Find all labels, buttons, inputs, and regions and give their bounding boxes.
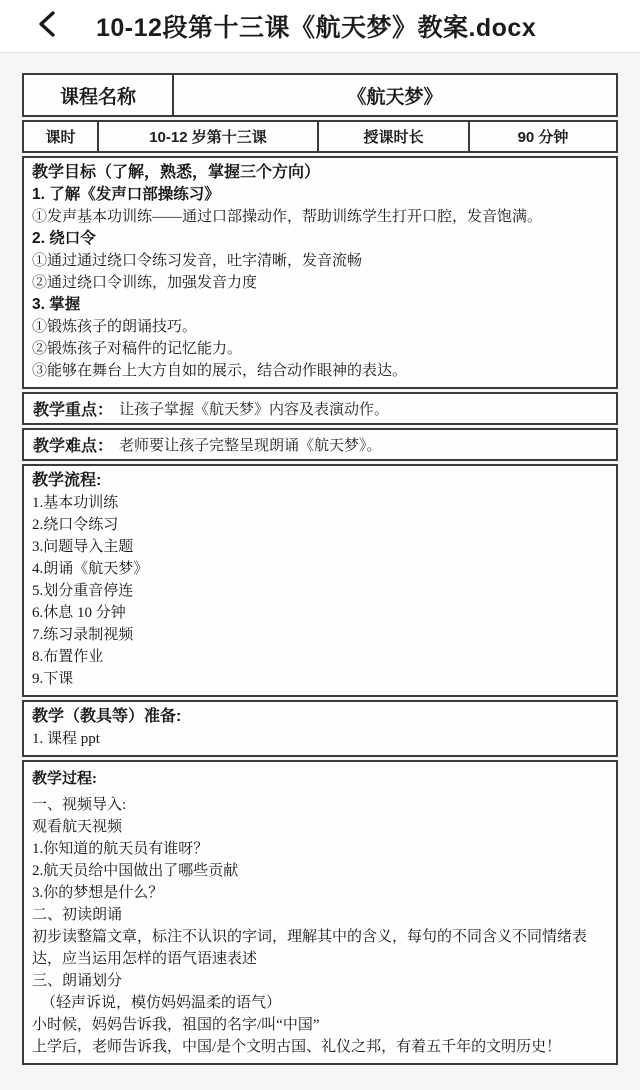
process-heading: 教学流程: [32, 470, 608, 492]
objectives-line: ①通过通过绕口令练习发音，吐字清晰，发音流畅 [32, 250, 608, 272]
objectives-line: ①锻炼孩子的朗诵技巧。 [32, 316, 608, 338]
top-app-bar: 10-12段第十三课《航天梦》教案.docx [0, 0, 640, 53]
objectives-section: 教学目标（了解，熟悉，掌握三个方向） 1. 了解《发声口部操练习》 ①发声基本功… [22, 156, 618, 389]
procedure-line: 二、初读朗诵 [32, 904, 608, 926]
course-name-label: 课程名称 [24, 75, 174, 115]
process-step: 2.绕口令练习 [32, 514, 608, 536]
process-step: 4.朗诵《航天梦》 [32, 558, 608, 580]
course-name-row: 课程名称 《航天梦》 [22, 73, 618, 117]
course-name-value: 《航天梦》 [174, 75, 616, 115]
procedure-line: 初步读整篇文章，标注不认识的字词，理解其中的含义，每句的不同含义不同情绪表达，应… [32, 926, 608, 970]
process-step: 3.问题导入主题 [32, 536, 608, 558]
session-value: 10-12 岁第十三课 [99, 122, 319, 151]
course-info-row: 课时 10-12 岁第十三课 授课时长 90 分钟 [22, 120, 618, 153]
procedure-line: （轻声诉说，模仿妈妈温柔的语气） [32, 992, 608, 1014]
procedure-line: 上学后，老师告诉我，中国/是个文明古国、礼仪之邦，有着五千年的文明历史！ [32, 1036, 608, 1058]
objectives-heading: 教学目标（了解，熟悉，掌握三个方向） [32, 162, 608, 184]
process-step: 9.下课 [32, 668, 608, 690]
process-step: 8.布置作业 [32, 646, 608, 668]
procedure-line: 2.航天员给中国做出了哪些贡献 [32, 860, 608, 882]
process-step: 1.基本功训练 [32, 492, 608, 514]
procedure-line: 3.你的梦想是什么？ [32, 882, 608, 904]
procedure-line: 三、朗诵划分 [32, 970, 608, 992]
objectives-line: 3. 掌握 [32, 294, 608, 316]
duration-label: 授课时长 [319, 122, 470, 151]
objectives-line: 1. 了解《发声口部操练习》 [32, 184, 608, 206]
preparation-heading: 教学（教具等）准备: [32, 706, 608, 728]
session-label: 课时 [24, 122, 99, 151]
difficulty-section: 教学难点： 老师要让孩子完整呈现朗诵《航天梦》。 [22, 428, 618, 461]
objectives-line: ②锻炼孩子对稿件的记忆能力。 [32, 338, 608, 360]
preparation-item: 1. 课程 ppt [32, 728, 608, 750]
duration-value: 90 分钟 [470, 122, 616, 151]
key-point-text: 让孩子掌握《航天梦》内容及表演动作。 [119, 398, 389, 419]
difficulty-label: 教学难点： [33, 433, 113, 456]
document-title: 10-12段第十三课《航天梦》教案.docx [96, 8, 536, 44]
chevron-left-icon [36, 10, 58, 43]
procedure-line: 一、视频导入: [32, 794, 608, 816]
objectives-line: ③能够在舞台上大方自如的展示，结合动作眼神的表达。 [32, 360, 608, 382]
objectives-line: ②通过绕口令训练，加强发音力度 [32, 272, 608, 294]
difficulty-text: 老师要让孩子完整呈现朗诵《航天梦》。 [119, 434, 382, 455]
procedure-heading: 教学过程: [32, 768, 608, 790]
procedure-line: 1.你知道的航天员有谁呀？ [32, 838, 608, 860]
key-point-label: 教学重点： [33, 397, 113, 420]
key-point-section: 教学重点： 让孩子掌握《航天梦》内容及表演动作。 [22, 392, 618, 425]
process-section: 教学流程: 1.基本功训练 2.绕口令练习 3.问题导入主题 4.朗诵《航天梦》… [22, 464, 618, 697]
process-step: 7.练习录制视频 [32, 624, 608, 646]
objectives-line: 2. 绕口令 [32, 228, 608, 250]
process-step: 5.划分重音停连 [32, 580, 608, 602]
procedure-line: 小时候，妈妈告诉我，祖国的名字/叫“中国” [32, 1014, 608, 1036]
document-viewer[interactable]: 课程名称 《航天梦》 课时 10-12 岁第十三课 授课时长 90 分钟 教学目… [0, 53, 640, 1089]
procedure-section: 教学过程: 一、视频导入: 观看航天视频 1.你知道的航天员有谁呀？ 2.航天员… [22, 760, 618, 1065]
objectives-line: ①发声基本功训练——通过口部操动作，帮助训练学生打开口腔，发音饱满。 [32, 206, 608, 228]
procedure-line: 观看航天视频 [32, 816, 608, 838]
preparation-section: 教学（教具等）准备: 1. 课程 ppt [22, 700, 618, 757]
process-step: 6.休息 10 分钟 [32, 602, 608, 624]
back-button[interactable] [36, 10, 58, 43]
